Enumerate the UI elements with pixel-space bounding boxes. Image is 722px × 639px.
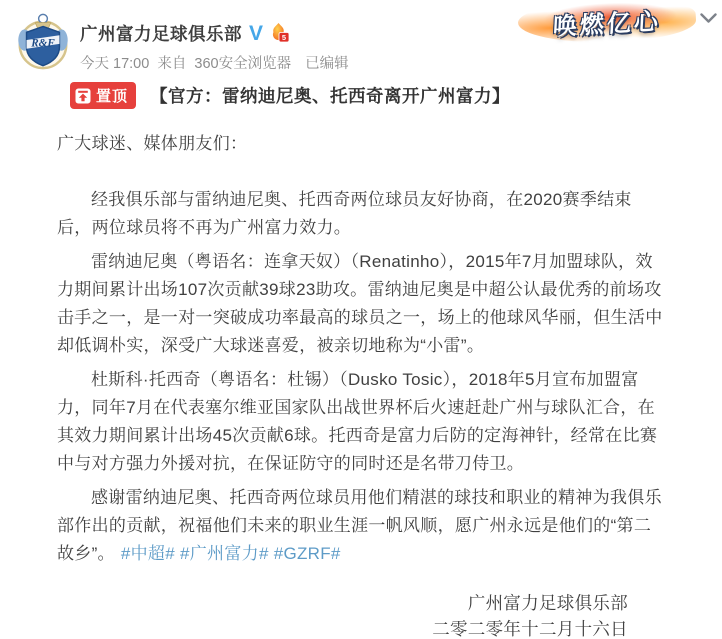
verified-badge-icon: V <box>249 23 263 44</box>
paragraph-closing: 感谢雷纳迪尼奥、托西奇两位球员用他们精湛的球技和职业的精神为我俱乐部作出的贡献，… <box>57 484 665 568</box>
hashtag-guangzhou-rf[interactable]: #广州富力# <box>180 544 269 563</box>
post-time[interactable]: 今天 17:00 <box>80 56 149 72</box>
vip-level-icon: 5 <box>269 22 290 48</box>
signature-block: 广州富力足球俱乐部 二零二零年十二月十六日 <box>57 590 665 639</box>
activity-banner: 唤燃亿心 <box>517 0 696 45</box>
post-title: 【官方：雷纳迪尼奥、托西奇离开广州富力】 <box>150 83 510 108</box>
svg-text:R&F: R&F <box>30 37 55 49</box>
pinned-title-row: 置顶 【官方：雷纳迪尼奥、托西奇离开广州富力】 <box>70 82 510 109</box>
chevron-down-icon[interactable] <box>700 11 717 29</box>
edited-label: 已编辑 <box>305 56 349 72</box>
hashtag-csl[interactable]: #中超# <box>121 544 175 563</box>
author-name[interactable]: 广州富力足球俱乐部 <box>80 21 242 46</box>
pinned-label: 置顶 <box>96 85 128 106</box>
weibo-post: R&F 广州富力足球俱乐部 V 5 今天 17:00 来自 360安全浏览器 已… <box>0 0 722 639</box>
source-prefix: 来自 <box>157 56 186 72</box>
signature-date: 二零二零年十二月十六日 <box>57 616 628 639</box>
post-body: 广大球迷、媒体朋友们： 经我俱乐部与雷纳迪尼奥、托西奇两位球员友好协商，在202… <box>0 130 722 639</box>
pinned-badge: 置顶 <box>70 82 136 109</box>
activity-banner-text: 唤燃亿心 <box>552 1 662 42</box>
paragraph-renatinho: 雷纳迪尼奥（粤语名：连拿天奴）（Renatinho），2015年7月加盟球队，效… <box>57 248 665 360</box>
pin-top-icon <box>75 88 91 104</box>
post-source-link[interactable]: 360安全浏览器 <box>194 56 291 72</box>
club-crest-avatar[interactable]: R&F <box>12 10 74 72</box>
post-meta: 今天 17:00 来自 360安全浏览器 已编辑 <box>80 52 353 73</box>
author-line: 广州富力足球俱乐部 V 5 <box>80 20 290 46</box>
svg-text:5: 5 <box>282 33 286 42</box>
hashtag-gzrf[interactable]: #GZRF# <box>274 544 341 563</box>
paragraph-tosic: 杜斯科·托西奇（粤语名：杜锡）（Dusko Tosic），2018年5月宣布加盟… <box>57 366 665 478</box>
signature-name: 广州富力足球俱乐部 <box>57 590 628 616</box>
paragraph-announcement: 经我俱乐部与雷纳迪尼奥、托西奇两位球员友好协商，在2020赛季结束后，两位球员将… <box>57 186 665 242</box>
paragraph-greeting: 广大球迷、媒体朋友们： <box>57 130 665 158</box>
club-crest-icon: R&F <box>12 10 74 72</box>
